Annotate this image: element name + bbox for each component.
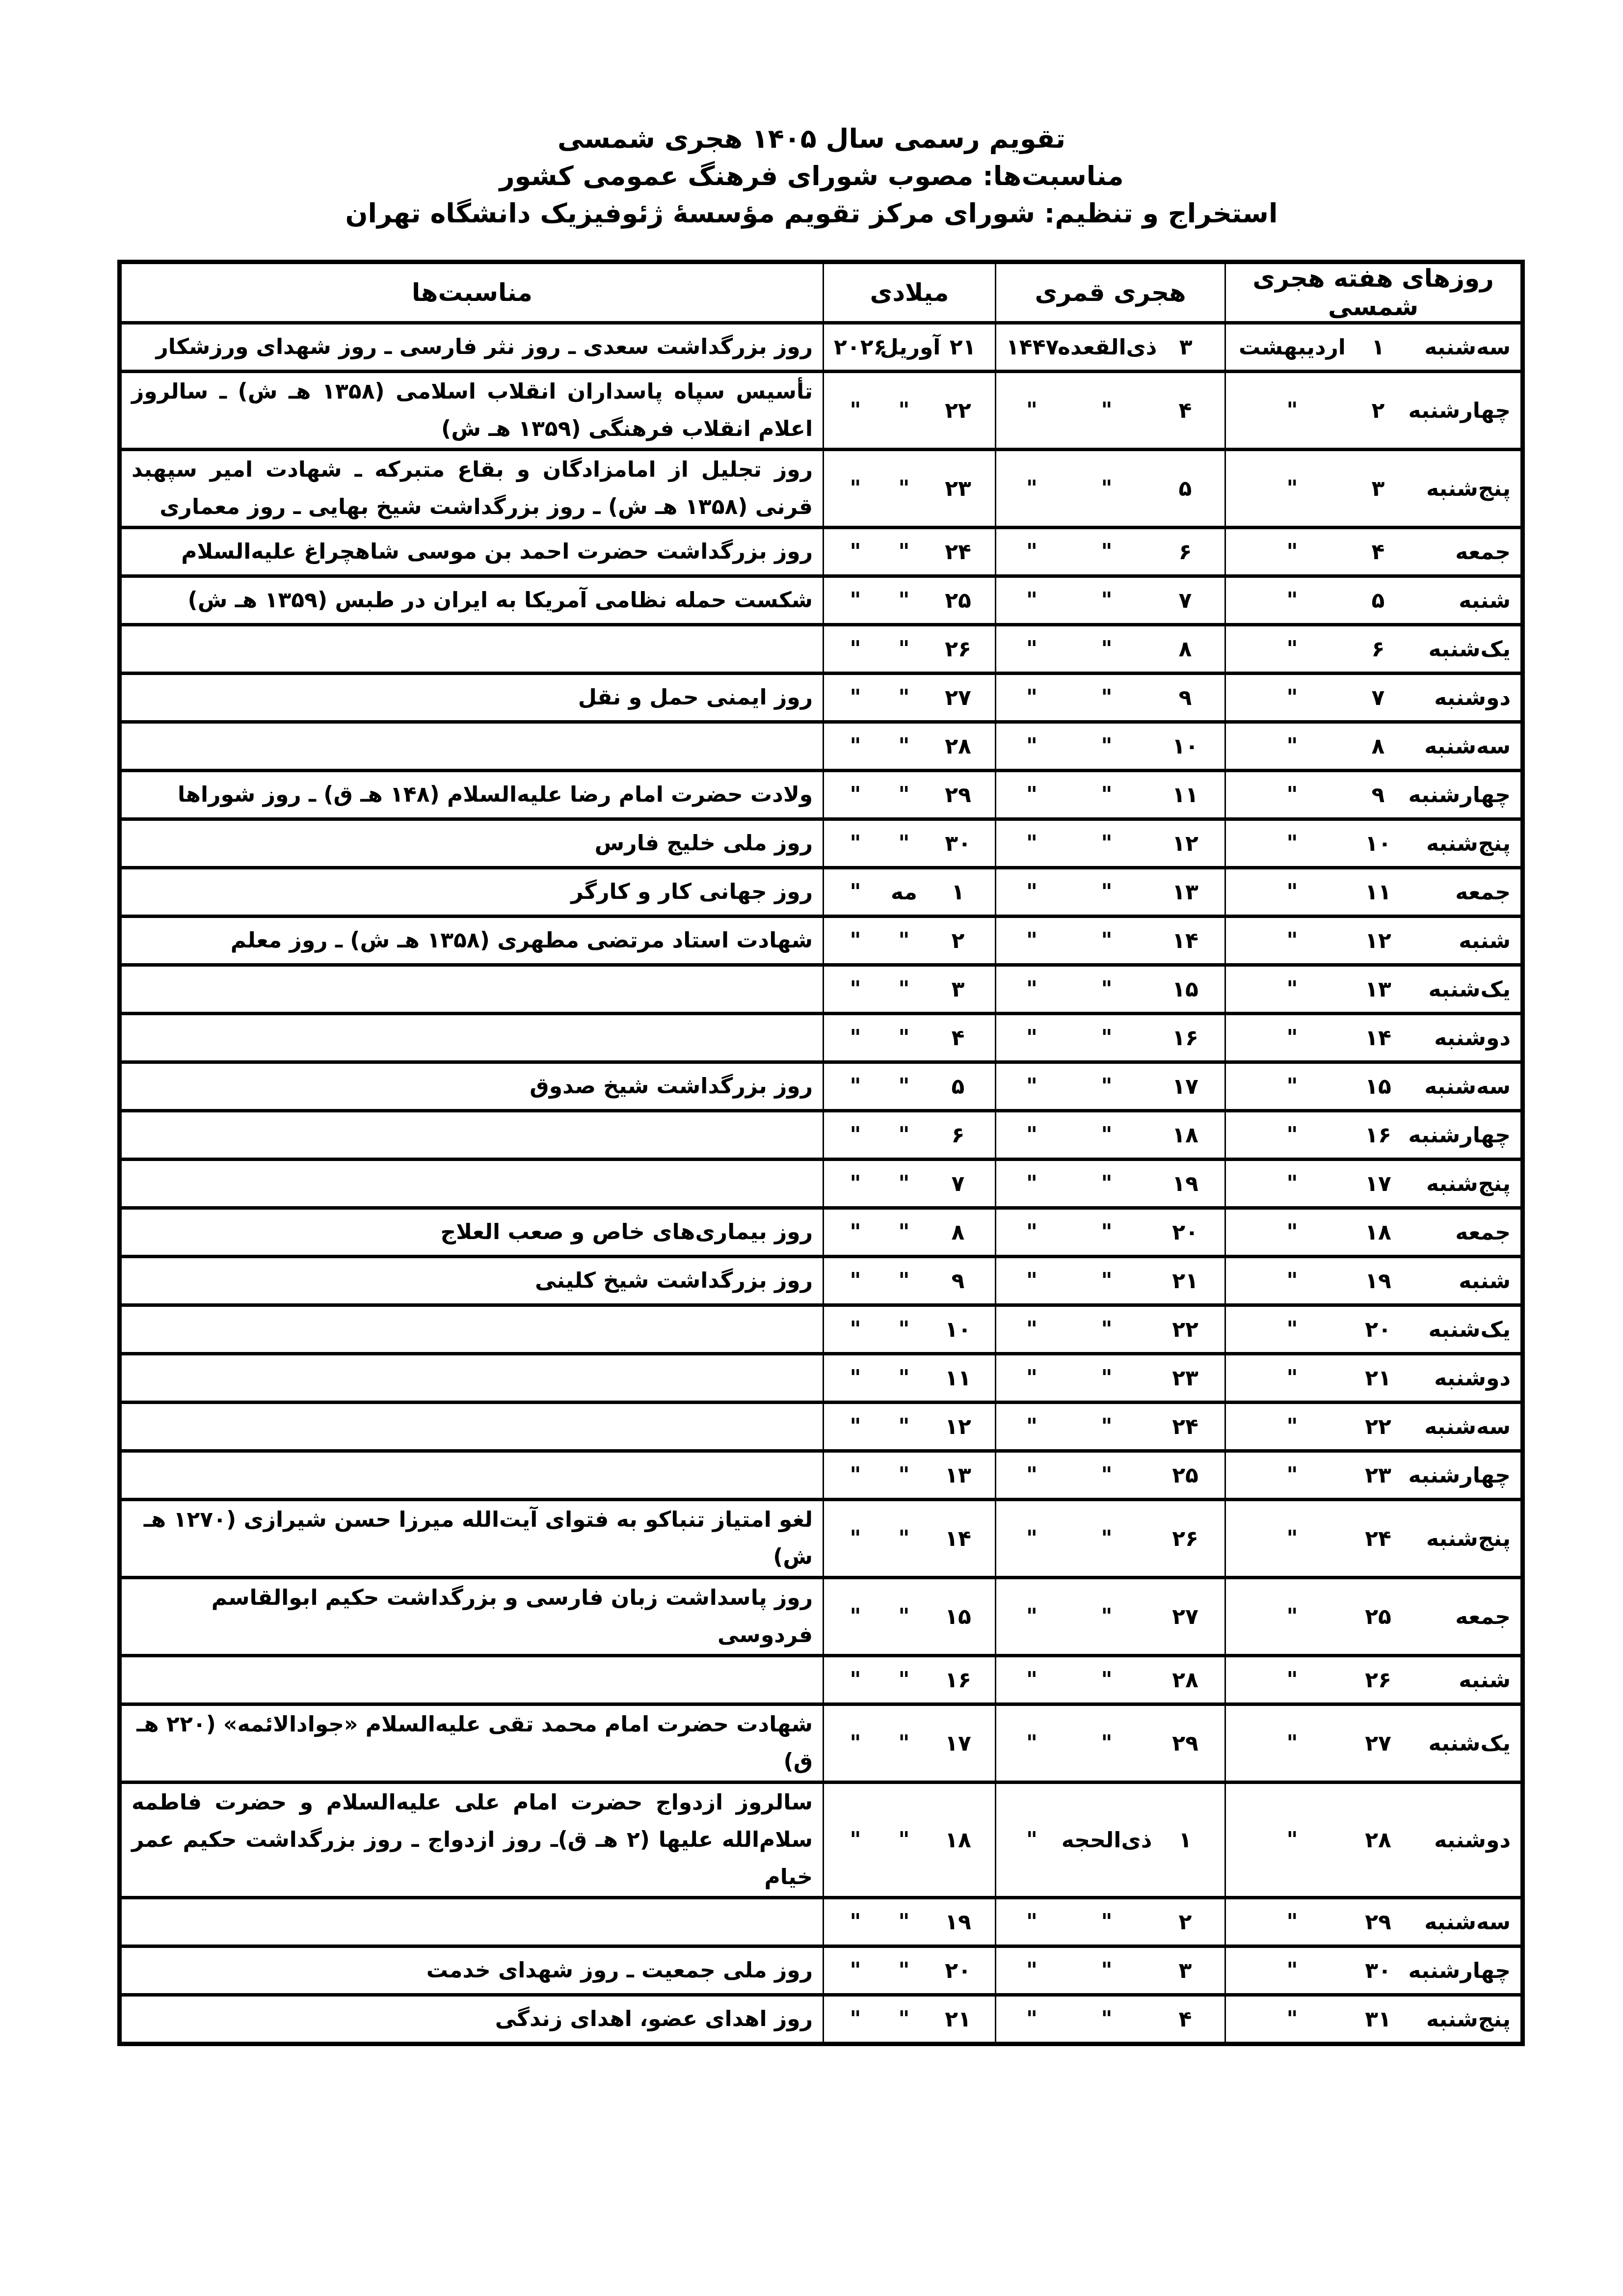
shamsi-day: ۴	[1349, 540, 1408, 565]
miladi-month: "	[877, 1414, 931, 1439]
event-cell	[120, 1451, 824, 1500]
shamsi-cell: شنبه۲۶"	[1225, 1656, 1523, 1704]
weekday: چهارشنبه	[1408, 1123, 1511, 1148]
weekday: سه‌شنبه	[1408, 734, 1511, 759]
qamari-cell: ۲۰""	[996, 1208, 1225, 1257]
shamsi-cell: شنبه۱۲"	[1225, 917, 1523, 965]
table-row: شنبه۵"۷""۲۵""شکست حمله نظامی آمریکا به ا…	[120, 576, 1523, 625]
miladi-month: "	[877, 1463, 931, 1488]
miladi-cell: ۶""	[824, 1111, 996, 1160]
event-cell: روز بزرگداشت شیخ کلینی	[120, 1257, 824, 1305]
weekday: چهارشنبه	[1408, 783, 1511, 808]
weekday: یک‌شنبه	[1408, 1317, 1511, 1342]
event-cell	[120, 1656, 824, 1704]
table-row: پنج‌شنبه۲۴"۲۶""۱۴""لغو امتیاز تنباکو به …	[120, 1500, 1523, 1578]
weekday: جمعه	[1408, 540, 1511, 565]
shamsi-day: ۱۷	[1349, 1171, 1408, 1196]
miladi-cell: ۵""	[824, 1062, 996, 1111]
qamari-month: "	[1058, 1026, 1156, 1051]
miladi-cell: ۴""	[824, 1014, 996, 1062]
miladi-year: "	[834, 1526, 877, 1551]
miladi-month: "	[877, 1220, 931, 1245]
miladi-year: "	[834, 398, 877, 423]
table-row: یک‌شنبه۱۳"۱۵""۳""	[120, 965, 1523, 1014]
qamari-cell: ۱۳""	[996, 868, 1225, 917]
qamari-cell: ۱۷""	[996, 1062, 1225, 1111]
shamsi-cell: دوشنبه۲۱"	[1225, 1354, 1523, 1403]
event-cell	[120, 1160, 824, 1208]
shamsi-month: "	[1236, 1958, 1349, 1983]
miladi-month: "	[877, 1026, 931, 1051]
table-row: جمعه۱۱"۱۳""۱مه"روز جهانی کار و کارگر	[120, 868, 1523, 917]
miladi-cell: ۱۵""	[824, 1578, 996, 1656]
shamsi-cell: جمعه۲۵"	[1225, 1578, 1523, 1656]
miladi-day: ۷	[931, 1171, 985, 1196]
table-row: یک‌شنبه۶"۸""۲۶""	[120, 625, 1523, 674]
shamsi-day: ۲	[1349, 398, 1408, 423]
shamsi-month: "	[1236, 1074, 1349, 1099]
miladi-day: ۲۴	[931, 540, 985, 565]
event-cell: روز بزرگداشت شیخ صدوق	[120, 1062, 824, 1111]
miladi-year: "	[834, 977, 877, 1002]
qamari-month: "	[1058, 1317, 1156, 1342]
qamari-cell: ۹""	[996, 674, 1225, 722]
column-header-shamsi: روزهای هفته هجری شمسی	[1225, 262, 1523, 323]
table-row: سه‌شنبه۲۲"۲۴""۱۲""	[120, 1403, 1523, 1451]
table-row: پنج‌شنبه۱۷"۱۹""۷""	[120, 1160, 1523, 1208]
miladi-month: "	[877, 1958, 931, 1983]
calendar-table: روزهای هفته هجری شمسی هجری قمری میلادی م…	[117, 260, 1525, 2046]
qamari-day: ۱۸	[1156, 1123, 1215, 1148]
qamari-day: ۱	[1156, 1828, 1215, 1853]
qamari-cell: ۷""	[996, 576, 1225, 625]
qamari-cell: ۱۴""	[996, 917, 1225, 965]
qamari-cell: ۱۱""	[996, 771, 1225, 819]
qamari-year: "	[1006, 1220, 1058, 1245]
qamari-year: "	[1006, 1026, 1058, 1051]
miladi-day: ۲۱	[931, 2007, 985, 2032]
qamari-day: ۲۸	[1156, 1668, 1215, 1693]
miladi-month: "	[877, 977, 931, 1002]
shamsi-month: "	[1236, 1668, 1349, 1693]
qamari-year: "	[1006, 1317, 1058, 1342]
qamari-cell: ۲۲""	[996, 1305, 1225, 1354]
miladi-day: ۲۷	[931, 685, 985, 710]
miladi-cell: ۲۴""	[824, 528, 996, 576]
weekday: یک‌شنبه	[1408, 1731, 1511, 1756]
miladi-year: "	[834, 1366, 877, 1391]
qamari-month: ذی‌القعده	[1059, 335, 1157, 360]
miladi-day: ۴	[931, 1026, 985, 1051]
qamari-month: "	[1058, 588, 1156, 613]
shamsi-month: "	[1236, 685, 1349, 710]
document-header: تقویم رسمی سال ۱۴۰۵ هجری شمسی مناسبت‌ها:…	[0, 120, 1623, 232]
shamsi-month: "	[1236, 831, 1349, 856]
shamsi-day: ۲۹	[1349, 1910, 1408, 1935]
weekday: چهارشنبه	[1408, 1463, 1511, 1488]
shamsi-cell: سه‌شنبه۲۲"	[1225, 1403, 1523, 1451]
qamari-month: "	[1058, 831, 1156, 856]
miladi-cell: ۱۱""	[824, 1354, 996, 1403]
shamsi-month: "	[1236, 1604, 1349, 1629]
qamari-cell: ۲""	[996, 1898, 1225, 1946]
shamsi-month: "	[1236, 1731, 1349, 1756]
miladi-day: ۲۰	[931, 1958, 985, 1983]
shamsi-day: ۱۵	[1349, 1074, 1408, 1099]
shamsi-cell: یک‌شنبه۲۷"	[1225, 1704, 1523, 1783]
weekday: سه‌شنبه	[1408, 1910, 1511, 1935]
qamari-year: "	[1006, 1958, 1058, 1983]
weekday: جمعه	[1408, 1604, 1511, 1629]
shamsi-month: "	[1236, 1366, 1349, 1391]
miladi-year: "	[834, 1910, 877, 1935]
qamari-day: ۳	[1157, 335, 1215, 360]
miladi-cell: ۳""	[824, 965, 996, 1014]
table-row: چهارشنبه۳۰"۳""۲۰""روز ملی جمعیت ـ روز شه…	[120, 1946, 1523, 1995]
shamsi-month: "	[1236, 637, 1349, 662]
weekday: سه‌شنبه	[1408, 335, 1511, 360]
shamsi-month: "	[1236, 1828, 1349, 1853]
shamsi-cell: چهارشنبه۳۰"	[1225, 1946, 1523, 1995]
shamsi-month: "	[1236, 1269, 1349, 1294]
qamari-day: ۲۴	[1156, 1414, 1215, 1439]
qamari-month: ذی‌الحجه	[1058, 1828, 1156, 1853]
shamsi-cell: جمعه۴"	[1225, 528, 1523, 576]
qamari-cell: ۲۸""	[996, 1656, 1225, 1704]
qamari-month: "	[1058, 880, 1156, 905]
qamari-month: "	[1058, 1171, 1156, 1196]
miladi-day: ۱۹	[931, 1910, 985, 1935]
qamari-year: "	[1006, 540, 1058, 565]
miladi-month: "	[877, 1123, 931, 1148]
table-row: پنج‌شنبه۱۰"۱۲""۳۰""روز ملی خلیج فارس	[120, 819, 1523, 868]
shamsi-day: ۲۴	[1349, 1526, 1408, 1551]
table-row: چهارشنبه۲۳"۲۵""۱۳""	[120, 1451, 1523, 1500]
shamsi-day: ۹	[1349, 783, 1408, 808]
miladi-month: "	[877, 540, 931, 565]
shamsi-day: ۵	[1349, 588, 1408, 613]
qamari-year: "	[1006, 1668, 1058, 1693]
qamari-cell: ۲۷""	[996, 1578, 1225, 1656]
miladi-day: ۱۶	[931, 1668, 985, 1693]
event-cell: تأسیس سپاه پاسداران انقلاب اسلامی (۱۳۵۸ …	[120, 372, 824, 450]
miladi-year: "	[834, 783, 877, 808]
shamsi-cell: یک‌شنبه۶"	[1225, 625, 1523, 674]
miladi-year: "	[834, 1074, 877, 1099]
event-cell: روز تجلیل از امامزادگان و بقاع متبرکه ـ …	[120, 450, 824, 528]
weekday: پنج‌شنبه	[1408, 1526, 1511, 1551]
shamsi-cell: یک‌شنبه۱۳"	[1225, 965, 1523, 1014]
event-cell	[120, 1014, 824, 1062]
shamsi-month: "	[1236, 783, 1349, 808]
miladi-cell: ۲۱""	[824, 1995, 996, 2044]
shamsi-cell: سه‌شنبه۱اردیبهشت	[1225, 323, 1523, 372]
weekday: یک‌شنبه	[1408, 977, 1511, 1002]
miladi-day: ۸	[931, 1220, 985, 1245]
miladi-day: ۹	[931, 1269, 985, 1294]
qamari-day: ۲	[1156, 1910, 1215, 1935]
event-cell: روز بیماری‌های خاص و صعب العلاج	[120, 1208, 824, 1257]
qamari-year: "	[1006, 1171, 1058, 1196]
qamari-month: "	[1058, 1366, 1156, 1391]
qamari-year: "	[1006, 1463, 1058, 1488]
qamari-day: ۱۰	[1156, 734, 1215, 759]
event-cell: شهادت استاد مرتضی مطهری (۱۳۵۸ هـ ش) ـ رو…	[120, 917, 824, 965]
miladi-year: "	[834, 2007, 877, 2032]
miladi-month: "	[877, 1074, 931, 1099]
shamsi-cell: چهارشنبه۱۶"	[1225, 1111, 1523, 1160]
miladi-day: ۱	[931, 880, 985, 905]
qamari-day: ۱۲	[1156, 831, 1215, 856]
shamsi-cell: سه‌شنبه۸"	[1225, 722, 1523, 771]
shamsi-day: ۳۱	[1349, 2007, 1408, 2032]
qamari-month: "	[1058, 1269, 1156, 1294]
miladi-month: "	[877, 476, 931, 501]
table-row: شنبه۲۶"۲۸""۱۶""	[120, 1656, 1523, 1704]
column-header-miladi: میلادی	[824, 262, 996, 323]
qamari-month: "	[1058, 1604, 1156, 1629]
miladi-day: ۱۳	[931, 1463, 985, 1488]
page-title: تقویم رسمی سال ۱۴۰۵ هجری شمسی	[0, 120, 1623, 158]
shamsi-day: ۱۲	[1349, 928, 1408, 953]
qamari-day: ۳	[1156, 1958, 1215, 1983]
miladi-month: "	[877, 783, 931, 808]
miladi-cell: ۲۶""	[824, 625, 996, 674]
qamari-cell: ۵""	[996, 450, 1225, 528]
shamsi-month: "	[1236, 977, 1349, 1002]
miladi-day: ۲۲	[931, 398, 985, 423]
miladi-year: "	[834, 1828, 877, 1853]
table-row: دوشنبه۷"۹""۲۷""روز ایمنی حمل و نقل	[120, 674, 1523, 722]
miladi-day: ۵	[931, 1074, 985, 1099]
weekday: پنج‌شنبه	[1408, 2007, 1511, 2032]
miladi-year: "	[834, 1269, 877, 1294]
shamsi-month: "	[1236, 1910, 1349, 1935]
table-row: پنج‌شنبه۳"۵""۲۳""روز تجلیل از امامزادگان…	[120, 450, 1523, 528]
miladi-year: "	[834, 880, 877, 905]
event-cell	[120, 1354, 824, 1403]
miladi-year: "	[834, 1026, 877, 1051]
miladi-month: "	[877, 928, 931, 953]
miladi-cell: ۱۷""	[824, 1704, 996, 1783]
miladi-cell: ۲۵""	[824, 576, 996, 625]
shamsi-month: "	[1236, 1026, 1349, 1051]
qamari-day: ۱۱	[1156, 783, 1215, 808]
column-header-qamari: هجری قمری	[996, 262, 1225, 323]
column-header-events: مناسبت‌ها	[120, 262, 824, 323]
event-cell	[120, 1898, 824, 1946]
qamari-year: "	[1006, 1910, 1058, 1935]
qamari-year: "	[1006, 977, 1058, 1002]
qamari-cell: ۲۱""	[996, 1257, 1225, 1305]
shamsi-month: "	[1236, 734, 1349, 759]
miladi-month: آوریل	[886, 335, 940, 360]
miladi-cell: ۹""	[824, 1257, 996, 1305]
shamsi-month: "	[1236, 1171, 1349, 1196]
qamari-day: ۲۹	[1156, 1731, 1215, 1756]
event-cell: روز اهدای عضو، اهدای زندگی	[120, 1995, 824, 2044]
event-cell: روز جهانی کار و کارگر	[120, 868, 824, 917]
miladi-month: "	[877, 1668, 931, 1693]
shamsi-month: "	[1236, 1220, 1349, 1245]
qamari-cell: ۴""	[996, 1995, 1225, 2044]
shamsi-month: "	[1236, 1526, 1349, 1551]
table-row: پنج‌شنبه۳۱"۴""۲۱""روز اهدای عضو، اهدای ز…	[120, 1995, 1523, 2044]
weekday: دوشنبه	[1408, 1026, 1511, 1051]
miladi-cell: ۱۸""	[824, 1783, 996, 1898]
qamari-cell: ۳ذی‌القعده۱۴۴۷	[996, 323, 1225, 372]
table-row: جمعه۲۵"۲۷""۱۵""روز پاسداشت زبان فارسی و …	[120, 1578, 1523, 1656]
miladi-year: "	[834, 1463, 877, 1488]
qamari-month: "	[1058, 783, 1156, 808]
qamari-day: ۹	[1156, 685, 1215, 710]
miladi-month: "	[877, 637, 931, 662]
qamari-month: "	[1058, 1668, 1156, 1693]
miladi-month: "	[877, 734, 931, 759]
calendar-body: سه‌شنبه۱اردیبهشت۳ذی‌القعده۱۴۴۷۲۱آوریل۲۰۲…	[120, 323, 1523, 2044]
qamari-day: ۷	[1156, 588, 1215, 613]
qamari-year: "	[1006, 880, 1058, 905]
miladi-cell: ۲۹""	[824, 771, 996, 819]
qamari-year: "	[1006, 2007, 1058, 2032]
miladi-day: ۲۵	[931, 588, 985, 613]
shamsi-day: ۶	[1349, 637, 1408, 662]
qamari-cell: ۱۶""	[996, 1014, 1225, 1062]
qamari-cell: ۶""	[996, 528, 1225, 576]
shamsi-day: ۱۴	[1349, 1026, 1408, 1051]
qamari-year: "	[1006, 476, 1058, 501]
miladi-year: "	[834, 734, 877, 759]
table-row: شنبه۱۲"۱۴""۲""شهادت استاد مرتضی مطهری (۱…	[120, 917, 1523, 965]
shamsi-cell: چهارشنبه۹"	[1225, 771, 1523, 819]
table-row: چهارشنبه۲"۴""۲۲""تأسیس سپاه پاسداران انق…	[120, 372, 1523, 450]
qamari-year: "	[1006, 831, 1058, 856]
miladi-month: "	[877, 1269, 931, 1294]
miladi-day: ۲۸	[931, 734, 985, 759]
shamsi-day: ۱۳	[1349, 977, 1408, 1002]
qamari-year: "	[1006, 1123, 1058, 1148]
weekday: دوشنبه	[1408, 1828, 1511, 1853]
miladi-day: ۲۶	[931, 637, 985, 662]
qamari-month: "	[1058, 2007, 1156, 2032]
qamari-cell: ۲۳""	[996, 1354, 1225, 1403]
miladi-cell: ۱۴""	[824, 1500, 996, 1578]
weekday: سه‌شنبه	[1408, 1074, 1511, 1099]
miladi-month: "	[877, 1317, 931, 1342]
qamari-year: "	[1006, 1074, 1058, 1099]
qamari-day: ۲۷	[1156, 1604, 1215, 1629]
table-row: جمعه۱۸"۲۰""۸""روز بیماری‌های خاص و صعب ا…	[120, 1208, 1523, 1257]
shamsi-day: ۲۵	[1349, 1604, 1408, 1629]
qamari-year: "	[1006, 398, 1058, 423]
shamsi-month: "	[1236, 1414, 1349, 1439]
miladi-year: "	[834, 1958, 877, 1983]
miladi-day: ۳	[931, 977, 985, 1002]
qamari-year: "	[1006, 1414, 1058, 1439]
qamari-cell: ۲۴""	[996, 1403, 1225, 1451]
qamari-month: "	[1058, 685, 1156, 710]
miladi-month: "	[877, 1171, 931, 1196]
event-cell: شکست حمله نظامی آمریکا به ایران در طبس (…	[120, 576, 824, 625]
shamsi-day: ۱۶	[1349, 1123, 1408, 1148]
shamsi-month: "	[1236, 398, 1349, 423]
event-cell	[120, 722, 824, 771]
qamari-day: ۱۵	[1156, 977, 1215, 1002]
shamsi-month: "	[1236, 588, 1349, 613]
miladi-cell: ۱۰""	[824, 1305, 996, 1354]
qamari-year: "	[1006, 928, 1058, 953]
shamsi-day: ۷	[1349, 685, 1408, 710]
qamari-month: "	[1058, 1958, 1156, 1983]
shamsi-month: "	[1236, 2007, 1349, 2032]
shamsi-day: ۲۷	[1349, 1731, 1408, 1756]
weekday: چهارشنبه	[1408, 398, 1511, 423]
shamsi-cell: دوشنبه۲۸"	[1225, 1783, 1523, 1898]
shamsi-day: ۱	[1349, 335, 1408, 360]
qamari-year: "	[1006, 783, 1058, 808]
miladi-month: "	[877, 685, 931, 710]
qamari-month: "	[1058, 637, 1156, 662]
miladi-year: "	[834, 1171, 877, 1196]
shamsi-cell: جمعه۱۱"	[1225, 868, 1523, 917]
table-row: دوشنبه۱۴"۱۶""۴""	[120, 1014, 1523, 1062]
shamsi-cell: شنبه۵"	[1225, 576, 1523, 625]
qamari-day: ۱۹	[1156, 1171, 1215, 1196]
qamari-year: "	[1006, 1604, 1058, 1629]
qamari-month: "	[1058, 540, 1156, 565]
table-row: دوشنبه۲۱"۲۳""۱۱""	[120, 1354, 1523, 1403]
qamari-day: ۲۰	[1156, 1220, 1215, 1245]
miladi-cell: ۲۳""	[824, 450, 996, 528]
shamsi-month: "	[1236, 540, 1349, 565]
table-row: سه‌شنبه۸"۱۰""۲۸""	[120, 722, 1523, 771]
qamari-day: ۱۴	[1156, 928, 1215, 953]
weekday: چهارشنبه	[1408, 1958, 1511, 1983]
qamari-day: ۵	[1156, 476, 1215, 501]
miladi-day: ۱۸	[931, 1828, 985, 1853]
event-cell	[120, 965, 824, 1014]
shamsi-day: ۸	[1349, 734, 1408, 759]
weekday: پنج‌شنبه	[1408, 831, 1511, 856]
miladi-year: "	[834, 1668, 877, 1693]
shamsi-day: ۲۲	[1349, 1414, 1408, 1439]
qamari-day: ۱۳	[1156, 880, 1215, 905]
miladi-year: "	[834, 1604, 877, 1629]
miladi-month: "	[877, 1731, 931, 1756]
event-cell: روز بزرگداشت سعدی ـ روز نثر فارسی ـ روز …	[120, 323, 824, 372]
shamsi-cell: شنبه۱۹"	[1225, 1257, 1523, 1305]
miladi-cell: ۱۹""	[824, 1898, 996, 1946]
qamari-day: ۱۶	[1156, 1026, 1215, 1051]
qamari-cell: ۸""	[996, 625, 1225, 674]
miladi-month: "	[877, 2007, 931, 2032]
qamari-day: ۲۲	[1156, 1317, 1215, 1342]
miladi-cell: ۸""	[824, 1208, 996, 1257]
event-cell: روز ملی جمعیت ـ روز شهدای خدمت	[120, 1946, 824, 1995]
weekday: پنج‌شنبه	[1408, 476, 1511, 501]
shamsi-cell: دوشنبه۱۴"	[1225, 1014, 1523, 1062]
miladi-year: "	[834, 1731, 877, 1756]
miladi-day: ۲۱	[940, 335, 985, 360]
event-cell	[120, 1403, 824, 1451]
weekday: جمعه	[1408, 1220, 1511, 1245]
miladi-month: "	[877, 588, 931, 613]
miladi-cell: ۷""	[824, 1160, 996, 1208]
miladi-day: ۲۹	[931, 783, 985, 808]
qamari-year: "	[1006, 1731, 1058, 1756]
weekday: شنبه	[1408, 1269, 1511, 1294]
miladi-day: ۱۵	[931, 1604, 985, 1629]
